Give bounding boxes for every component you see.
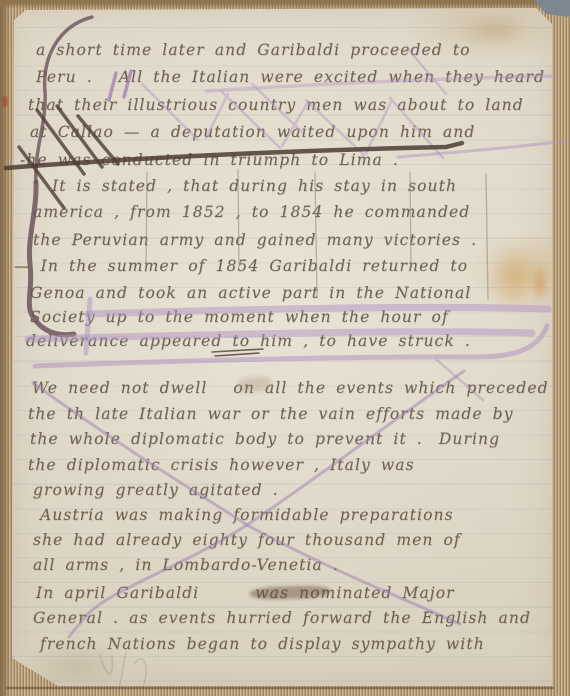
manuscript-line: — In the summer of 1854 Garibaldi return…: [14, 256, 468, 276]
manuscript-line: -he was conducted in triumph to Lima .: [20, 150, 399, 170]
edge-stain: [530, 262, 550, 304]
manuscript-line: It is stated , that during his stay in s…: [52, 176, 457, 196]
manuscript-line: the whole diplomatic body to prevent it …: [30, 429, 500, 449]
manuscript-line: Genoa and took an active part in the Nat…: [30, 283, 471, 303]
page-bottom-edge: [6, 687, 554, 689]
manuscript-line: at Callao — a deputation waited upon him…: [30, 122, 475, 142]
manuscript-line: the Peruvian army and gained many victor…: [33, 230, 477, 250]
manuscript-line: In april Garibaldiwas nominated Major: [36, 583, 455, 603]
manuscript-line: growing greatly agitated .: [33, 480, 279, 500]
red-fleck: [2, 96, 8, 107]
top-stain: [462, 16, 532, 44]
manuscript-line: a short time later and Garibaldi proceed…: [36, 40, 471, 60]
manuscript-line: she had already eighty four thousand men…: [33, 530, 461, 550]
manuscript-scan: a short time later and Garibaldi proceed…: [0, 0, 570, 696]
manuscript-line: french Nations began to display sympathy…: [40, 634, 485, 654]
manuscript-line: the diplomatic crisis however , Italy wa…: [28, 455, 415, 475]
manuscript-line: Peru .All the Italian were excited when …: [36, 67, 545, 87]
manuscript-line: deliverance appeared to him , to have st…: [26, 331, 471, 351]
manuscript-line: We need not dwellon all the events which…: [32, 378, 549, 398]
manuscript-line: Society up to the moment when the hour o…: [30, 307, 449, 327]
manuscript-line: Austria was making formidable preparatio…: [40, 505, 454, 525]
manuscript-line: all arms , in Lombardo-Venetia .: [33, 555, 339, 575]
manuscript-line: General . as events hurried forward the …: [33, 608, 531, 628]
manuscript-line: america , from 1852 , to 1854 he command…: [33, 202, 470, 222]
manuscript-line: that their illustrious country men was a…: [28, 95, 524, 115]
manuscript-line: the th late Italian war or the vain effo…: [28, 404, 514, 424]
